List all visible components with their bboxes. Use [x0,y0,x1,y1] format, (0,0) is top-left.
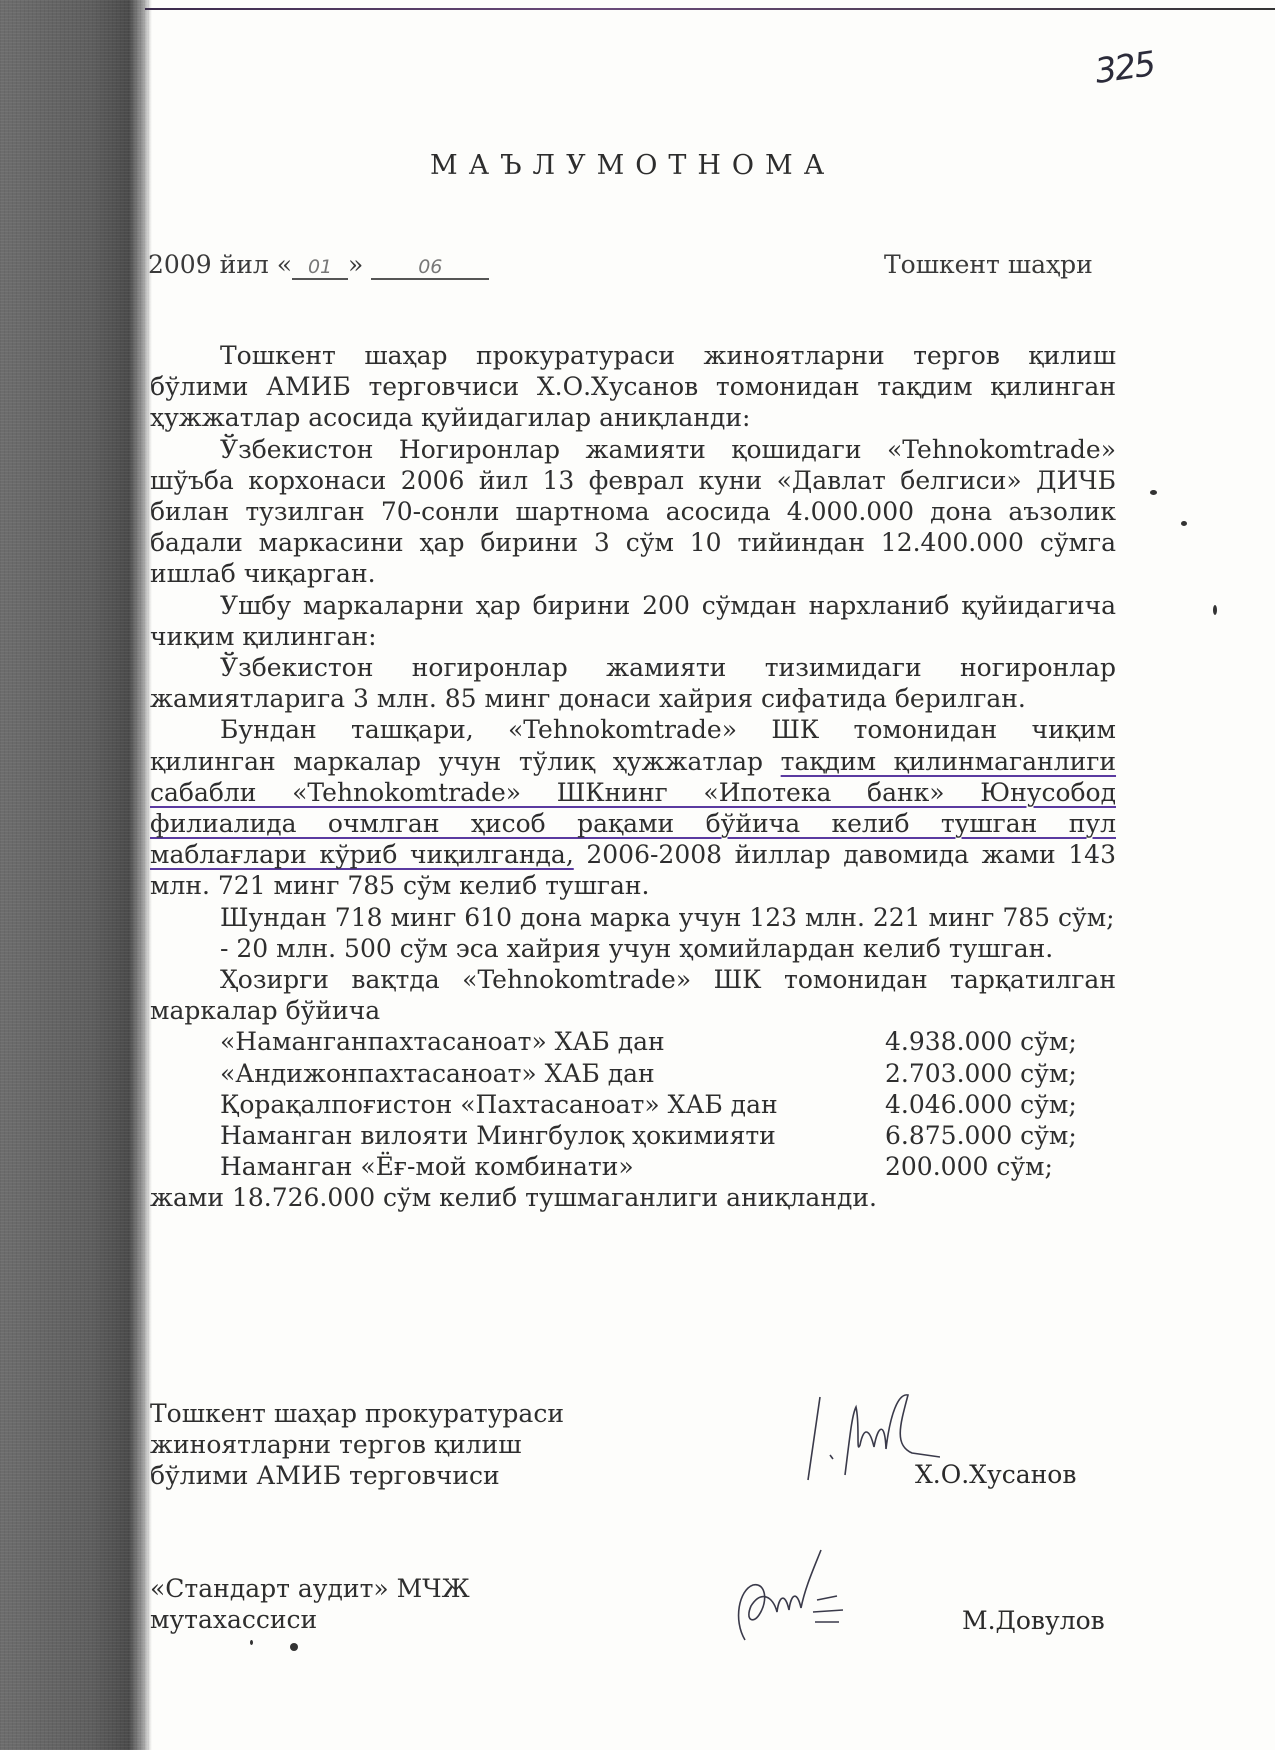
margin-speck [1181,521,1187,526]
paragraph-intro: Тошкент шаҳар прокуратураси жиноятларни … [150,340,1116,434]
scan-shadow-edge [0,0,152,1750]
margin-speck [1150,490,1157,495]
paragraph-marks-sold: Шундан 718 минг 610 дона марка учун 123 … [150,902,1116,933]
debtor-row: «Андижонпахтасаноат» ХАБ дан 2.703.000 с… [150,1058,1116,1089]
date-month: 06 [371,256,489,280]
paragraph-production: Ўзбекистон Ногиронлар жамияти қошидаги «… [150,434,1116,590]
document-date: 2009 йил «01» 06 [148,250,489,280]
debtor-row: Қорақалпоғистон «Пахтасаноат» ХАБ дан 4.… [150,1089,1116,1120]
debtor-amount: 4.938.000 сўм; [885,1026,1077,1057]
signatory-1-name: Х.О.Хусанов [915,1460,1076,1489]
paragraph-bank-receipts: Бундан ташқари, «Tehnokomtrade» ШК томон… [150,714,1116,901]
margin-speck [1213,605,1217,615]
document-city: Тошкент шаҳри [884,250,1093,279]
debtor-name: «Наманганпахтасаноат» ХАБ дан [220,1026,885,1057]
date-middle: » [348,250,371,279]
position-line: бўлими АМИБ терговчиси [150,1460,564,1491]
total-unpaid-line: жами 18.726.000 сўм келиб тушмаганлиги а… [150,1182,1116,1213]
position-line: «Стандарт аудит» МЧЖ [150,1573,470,1604]
signatory-1-position: Тошкент шаҳар прокуратураси жиноятларни … [150,1398,564,1491]
debtor-row: Наманган «Ёғ-мой комбинати» 200.000 сўм; [150,1151,1116,1182]
document-body: Тошкент шаҳар прокуратураси жиноятларни … [150,340,1116,1214]
margin-speck [250,1640,253,1645]
position-line: Тошкент шаҳар прокуратураси [150,1398,564,1429]
document-title: МАЪЛУМОТНОМА [430,150,835,181]
signatory-2-position: «Стандарт аудит» МЧЖ мутахассиси [150,1573,470,1635]
handwritten-page-number: 325 [1093,44,1157,92]
paragraph-sponsors: - 20 млн. 500 сўм эса хайрия учун ҳомийл… [150,933,1116,964]
top-border-line [145,8,1275,10]
position-line: жиноятларни тергов қилиш [150,1429,564,1460]
debtor-amount: 4.046.000 сўм; [885,1089,1077,1120]
debtor-name: Қорақалпоғистон «Пахтасаноат» ХАБ дан [220,1089,885,1120]
debtor-row: Наманган вилояти Мингбулоқ ҳокимияти 6.8… [150,1120,1116,1151]
paragraph-donation: Ўзбекистон ногиронлар жамияти тизимидаги… [150,652,1116,714]
date-day: 01 [292,256,348,280]
debtor-row: «Наманганпахтасаноат» ХАБ дан 4.938.000 … [150,1026,1116,1057]
position-line: мутахассиси [150,1604,470,1635]
debtor-name: Наманган вилояти Мингбулоқ ҳокимияти [220,1120,885,1151]
debtor-amount: 2.703.000 сўм; [885,1058,1077,1089]
debtor-name: «Андижонпахтасаноат» ХАБ дан [220,1058,885,1089]
paragraph-pricing: Ушбу маркаларни ҳар бирини 200 сўмдан на… [150,590,1116,652]
paragraph-debts-intro: Ҳозирги вақтда «Tehnokomtrade» ШК томони… [150,964,1116,1026]
debtor-amount: 200.000 сўм; [885,1151,1053,1182]
debtor-name: Наманган «Ёғ-мой комбинати» [220,1151,885,1182]
signatory-2-name: М.Довулов [962,1606,1105,1635]
margin-speck [290,1643,298,1651]
debtor-list: «Наманганпахтасаноат» ХАБ дан 4.938.000 … [150,1026,1116,1182]
signature-2-icon [725,1540,885,1650]
date-prefix: 2009 йил « [148,250,292,279]
debtor-amount: 6.875.000 сўм; [885,1120,1077,1151]
